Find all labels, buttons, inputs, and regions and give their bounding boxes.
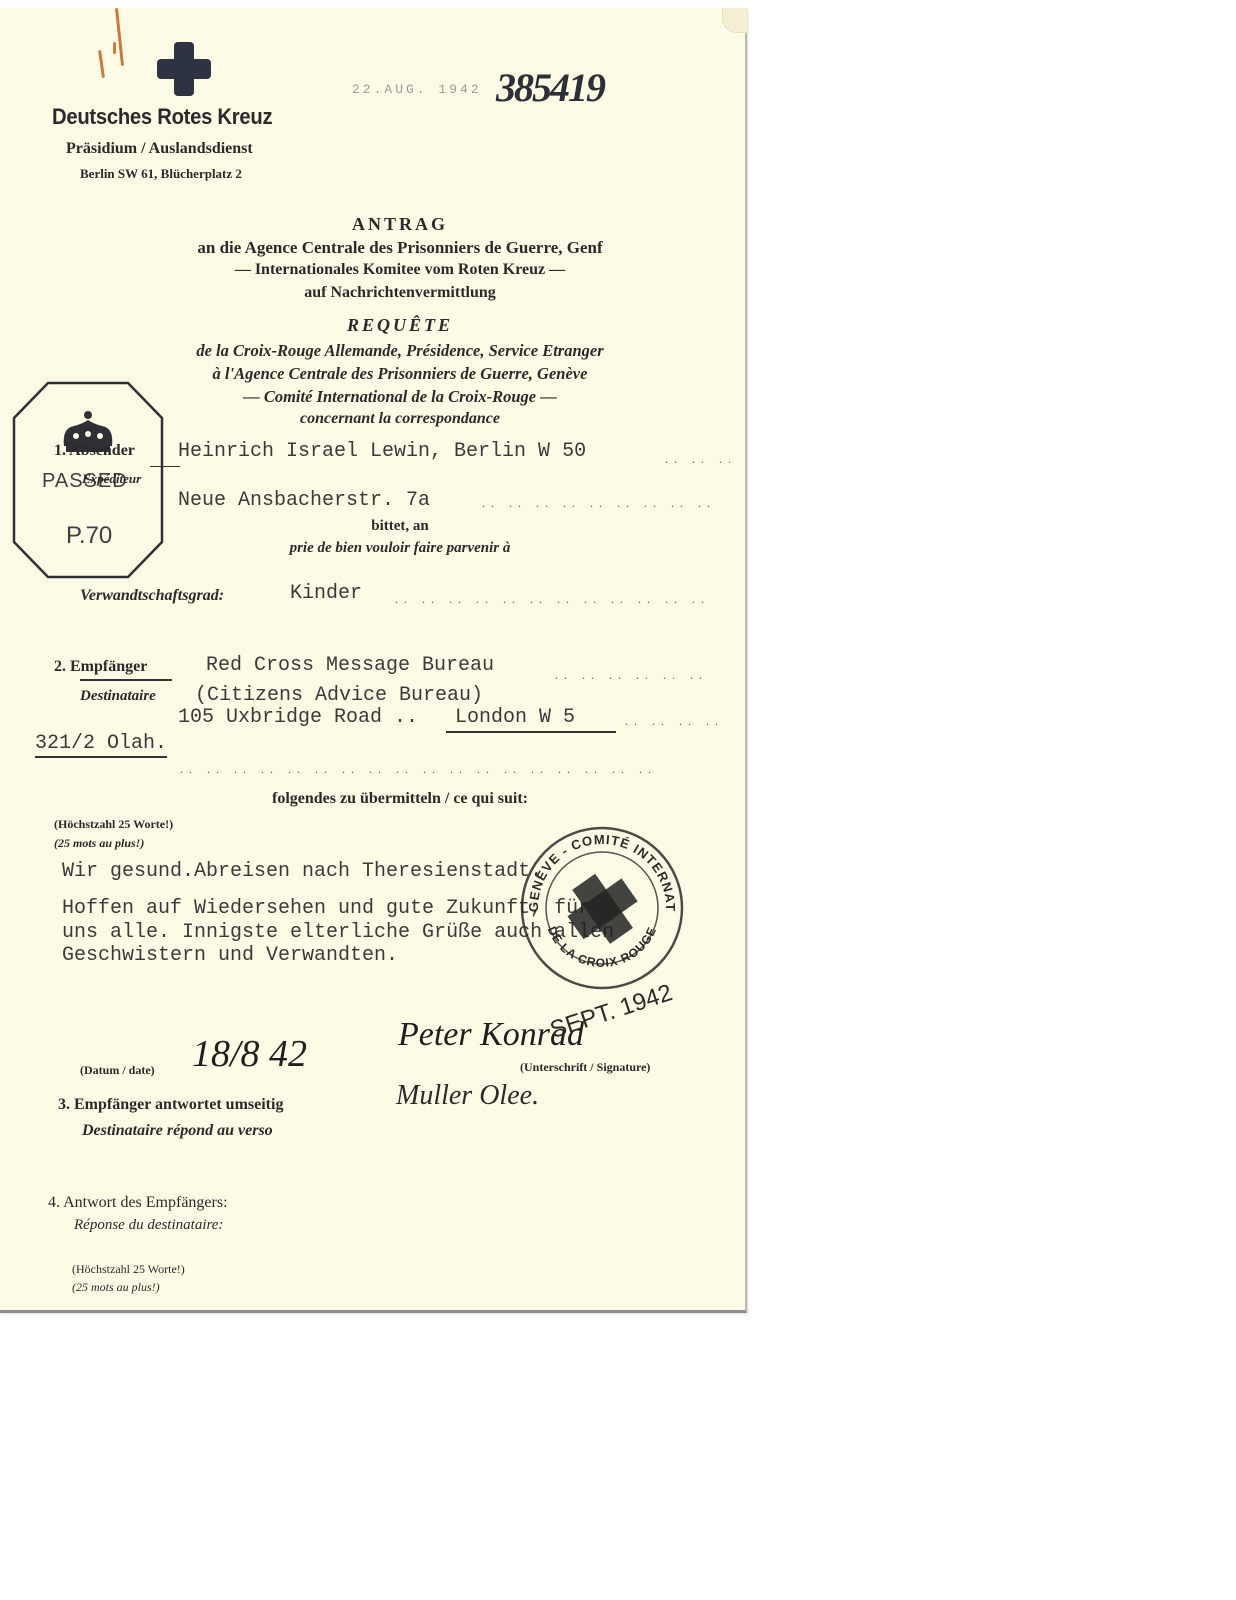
recipient-name-field: Red Cross Message Bureau: [206, 654, 494, 677]
title-line-de-1: an die Agence Centrale des Prisonniers d…: [100, 238, 700, 258]
dotted-fill: .. .. .. ..: [625, 714, 724, 729]
message-line-4: Geschwistern und Verwandten.: [62, 944, 398, 967]
icrc-round-stamp: GENÈVE - COMITÉ INTERNAT DE LA CROIX ROU…: [518, 824, 686, 992]
signature-secondary: Muller Olee.: [396, 1080, 539, 1112]
city-underline: [446, 731, 616, 733]
received-date-stamp: 22.AUG. 1942: [352, 82, 482, 97]
dotted-fill: .. .. .. .. .. ..: [555, 668, 708, 683]
message-intro: folgendes zu übermitteln / ce qui suit:: [100, 790, 700, 808]
censor-number: P.70: [66, 522, 112, 550]
rust-stain: [113, 42, 116, 54]
title-antrag: ANTRAG: [100, 214, 700, 235]
title-line-fr-1: de la Croix-Rouge Allemande, Présidence,…: [100, 341, 700, 361]
dotted-fill: .. .. ..: [665, 452, 737, 467]
title-line-fr-4: concernant la correspondance: [100, 410, 700, 428]
dotted-fill: .. .. .. .. .. .. .. .. .. .. .. ..: [395, 592, 710, 607]
title-line-de-2: — Internationales Komitee vom Roten Kreu…: [100, 261, 700, 279]
sender-street-field: Neue Ansbacherstr. 7a: [178, 489, 430, 512]
signature-label: (Unterschrift / Signature): [520, 1060, 650, 1075]
title-line-de-3: auf Nachrichtenvermittlung: [100, 284, 700, 302]
title-line-fr-2: à l'Agence Centrale des Prisonniers de G…: [100, 364, 700, 384]
recipient-city-field: London W 5: [455, 706, 575, 729]
request-text-de: bittet, an: [200, 518, 600, 535]
relation-field: Kinder: [290, 582, 362, 605]
date-label: (Datum / date): [80, 1063, 155, 1078]
recipient-label-underline: [80, 679, 172, 681]
section-3-de: 3. Empfänger antwortet umseitig: [58, 1096, 283, 1114]
section-3-fr: Destinataire répond au verso: [82, 1122, 273, 1140]
sender-leader-line: [150, 466, 180, 467]
icrc-stamp-icon: GENÈVE - COMITÉ INTERNAT DE LA CROIX ROU…: [518, 824, 686, 992]
sender-name-field: Heinrich Israel Lewin, Berlin W 50: [178, 440, 586, 463]
organization-name: Deutsches Rotes Kreuz: [52, 104, 272, 130]
sender-label-de: 1. Absender: [54, 442, 135, 460]
recipient-reference: 321/2 Olah.: [35, 732, 167, 758]
organization-department: Präsidium / Auslandsdienst: [66, 140, 253, 158]
section-4-fr: Réponse du destinataire:: [74, 1217, 223, 1234]
sender-label-fr: Expéditeur: [82, 471, 141, 487]
recipient-line2-field: (Citizens Advice Bureau): [195, 684, 483, 707]
recipient-street-field: 105 Uxbridge Road ..: [178, 706, 418, 729]
section-4-de: 4. Antwort des Empfängers:: [48, 1194, 228, 1212]
date-handwritten: 18/8 42: [192, 1032, 307, 1076]
message-line-1: Wir gesund.Abreisen nach Theresienstadt.: [62, 860, 542, 883]
organization-address: Berlin SW 61, Blücherplatz 2: [80, 166, 242, 182]
dotted-fill: .. .. .. .. .. .. .. .. .. .. .. .. .. .…: [180, 762, 657, 777]
max-words-fr: (25 mots au plus!): [54, 836, 144, 851]
red-cross-icon: [557, 863, 649, 955]
recipient-label-fr: Destinataire: [80, 688, 156, 705]
recipient-label-de: 2. Empfänger: [54, 658, 147, 676]
reference-number: 385419: [496, 64, 604, 111]
title-line-fr-3: — Comité International de la Croix-Rouge…: [100, 387, 700, 407]
page-corner-fold: [722, 8, 746, 32]
relation-label: Verwandtschaftsgrad:: [80, 587, 224, 605]
reply-max-words-de: (Höchstzahl 25 Worte!): [72, 1262, 185, 1277]
red-cross-logo-icon: [157, 42, 211, 96]
reply-max-words-fr: (25 mots au plus!): [72, 1280, 160, 1295]
request-text-fr: prie de bien vouloir faire parvenir à: [200, 540, 600, 557]
title-requete: REQUÊTE: [100, 315, 700, 336]
message-line-2: Hoffen auf Wiedersehen und gute Zukunft,…: [62, 897, 590, 920]
dotted-fill: .. .. .. .. .. .. .. .. ..: [482, 496, 716, 511]
max-words-de: (Höchstzahl 25 Worte!): [54, 817, 173, 832]
